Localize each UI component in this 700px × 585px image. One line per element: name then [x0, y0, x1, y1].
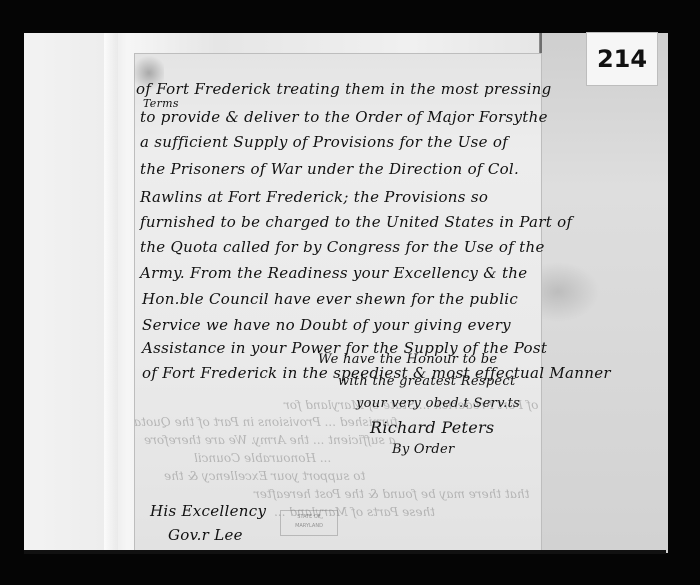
bleed-through-line: a sufficient ... the Army. We are theref… — [144, 433, 396, 447]
closing-line: your very obed.t Serv.ts — [356, 396, 520, 411]
page-number-label: 214 — [586, 32, 658, 86]
closing-line: We have the Honour to be — [318, 352, 497, 367]
letter-line: the Quota called for by Congress for the… — [140, 238, 545, 256]
bleed-through-line: furnished ... Provisions in Part of the … — [134, 415, 398, 429]
stamp-line: STATE OF — [281, 513, 337, 522]
letter-line: a sufficient Supply of Provisions for th… — [140, 133, 508, 151]
letter-line: of Fort Frederick treating them in the m… — [136, 80, 552, 98]
closing-line: with the greatest Respect — [338, 374, 516, 389]
bleed-through-line: to support your Excellency & the — [164, 469, 365, 483]
paper-tear — [540, 262, 600, 322]
letter-line: Rawlins at Fort Frederick; the Provision… — [140, 188, 488, 206]
signature: Richard Peters — [370, 418, 494, 437]
letter-line: Army. From the Readiness your Excellency… — [140, 264, 527, 282]
addressee-name: Gov.r Lee — [168, 526, 243, 544]
bleed-through-line: that there may be found & the Post herea… — [254, 487, 529, 501]
letter-line: the Prisoners of War under the Direction… — [140, 160, 519, 178]
bottom-edge — [24, 550, 666, 554]
signature-note: By Order — [392, 442, 455, 457]
backing-stripe — [104, 33, 118, 553]
addressee-title: His Excellency — [150, 502, 266, 520]
letter-line: furnished to be charged to the United St… — [140, 213, 572, 231]
letter-line: Hon.ble Council have ever shewn for the … — [142, 290, 518, 308]
stamp-line: MARYLAND — [281, 522, 337, 531]
letter-line: Service we have no Doubt of your giving … — [142, 316, 511, 334]
bleed-through-line: ... Honourable Council — [194, 451, 331, 465]
archive-stamp: STATE OF MARYLAND — [280, 510, 338, 536]
letter-line: to provide & deliver to the Order of Maj… — [140, 108, 548, 126]
